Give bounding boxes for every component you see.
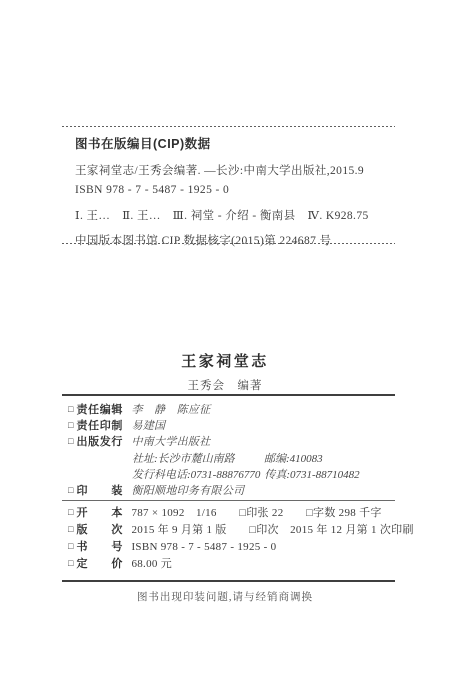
cip-content: 图书在版编目(CIP)数据 王家祠堂志/王秀会编著. —长沙:中南大学出版社,2… (62, 126, 395, 248)
row-book-number: □书号ISBN 978 - 7 - 5487 - 1925 - 0 (68, 539, 395, 556)
square-bullet-icon: □ (68, 558, 73, 568)
square-bullet-icon: □ (68, 404, 73, 414)
square-bullet-icon: □ (68, 541, 73, 551)
row-publisher-phone: 发行科电话:0731-88876770传真:0731-88710482 (68, 467, 395, 483)
row-managing-editor: □责任编辑李 静 陈应征 (68, 402, 395, 418)
square-bullet-icon: □ (68, 524, 73, 534)
label-edition: 版次 (76, 522, 122, 539)
value-book-number: ISBN 978 - 7 - 5487 - 1925 - 0 (131, 541, 276, 553)
printing-issue-notice: 图书出现印装问题,请与经销商调换 (0, 589, 450, 604)
row-printing-house: □印装衡阳顺地印务有限公司 (68, 483, 395, 499)
value-print-supervisor: 易建国 (131, 420, 165, 432)
cip-heading: 图书在版编目(CIP)数据 (75, 134, 391, 152)
label-publisher: 出版发行 (76, 434, 122, 450)
row-price: □定价68.00 元 (68, 556, 395, 573)
square-bullet-icon: □ (68, 507, 73, 517)
row-format: □开本787 × 1092 1/16 □印张 22 □字数 298 千字 (68, 505, 395, 522)
value-format: 787 × 1092 1/16 □印张 22 □字数 298 千字 (131, 507, 381, 519)
print-specs-block: □开本787 × 1092 1/16 □印张 22 □字数 298 千字 □版次… (68, 505, 395, 573)
cip-title-line: 王家祠堂志/王秀会编著. —长沙:中南大学出版社,2015.9 (75, 162, 391, 178)
cip-classification-line: Ⅰ. 王… Ⅱ. 王… Ⅲ. 祠堂 - 介绍 - 衡南县 Ⅳ. K928.75 (75, 207, 391, 223)
divider-line-bottom (62, 580, 395, 582)
book-author: 王秀会 编著 (0, 377, 450, 393)
cip-top-dotted-rule (62, 126, 395, 127)
label-book-number: 书号 (76, 539, 122, 556)
cip-isbn-line: ISBN 978 - 7 - 5487 - 1925 - 0 (75, 184, 391, 196)
value-edition: 2015 年 9 月第 1 版 □印次 2015 年 12 月第 1 次印刷 (131, 524, 413, 536)
row-print-supervisor: □责任印制易建国 (68, 418, 395, 434)
cip-bottom-dotted-rule (62, 243, 395, 244)
cip-data-block: 图书在版编目(CIP)数据 王家祠堂志/王秀会编著. —长沙:中南大学出版社,2… (62, 126, 395, 244)
colophon-block: □责任编辑李 静 陈应征 □责任印制易建国 □出版发行中南大学出版社 社址:长沙… (68, 402, 395, 499)
divider-line-middle (62, 500, 395, 501)
cip-record-line: 中国版本图书馆 CIP 数据核字(2015)第 224687 号 (75, 232, 391, 248)
publisher-postcode: 邮编:410083 (264, 453, 323, 465)
row-edition: □版次2015 年 9 月第 1 版 □印次 2015 年 12 月第 1 次印… (68, 522, 395, 539)
value-printing-house: 衡阳顺地印务有限公司 (131, 485, 244, 497)
label-format: 开本 (76, 505, 122, 522)
value-managing-editor: 李 静 陈应征 (131, 404, 210, 416)
book-title: 王家祠堂志 (0, 350, 450, 371)
label-price: 定价 (76, 556, 122, 573)
row-publisher-address: 社址:长沙市麓山南路邮编:410083 (68, 451, 395, 467)
divider-line-top (62, 394, 395, 396)
label-managing-editor: 责任编辑 (76, 402, 122, 418)
square-bullet-icon: □ (68, 485, 73, 495)
value-publisher: 中南大学出版社 (131, 436, 210, 448)
square-bullet-icon: □ (68, 420, 73, 430)
publisher-address: 社址:长沙市麓山南路 (132, 451, 260, 467)
value-price: 68.00 元 (131, 558, 172, 570)
book-copyright-page: 图书在版编目(CIP)数据 王家祠堂志/王秀会编著. —长沙:中南大学出版社,2… (0, 0, 450, 686)
publisher-phone: 发行科电话:0731-88876770 (132, 467, 260, 483)
label-print-supervisor: 责任印制 (76, 418, 122, 434)
square-bullet-icon: □ (68, 436, 73, 446)
publisher-fax: 传真:0731-88710482 (264, 469, 359, 481)
row-publisher: □出版发行中南大学出版社 (68, 434, 395, 450)
label-printing-house: 印装 (76, 483, 122, 499)
